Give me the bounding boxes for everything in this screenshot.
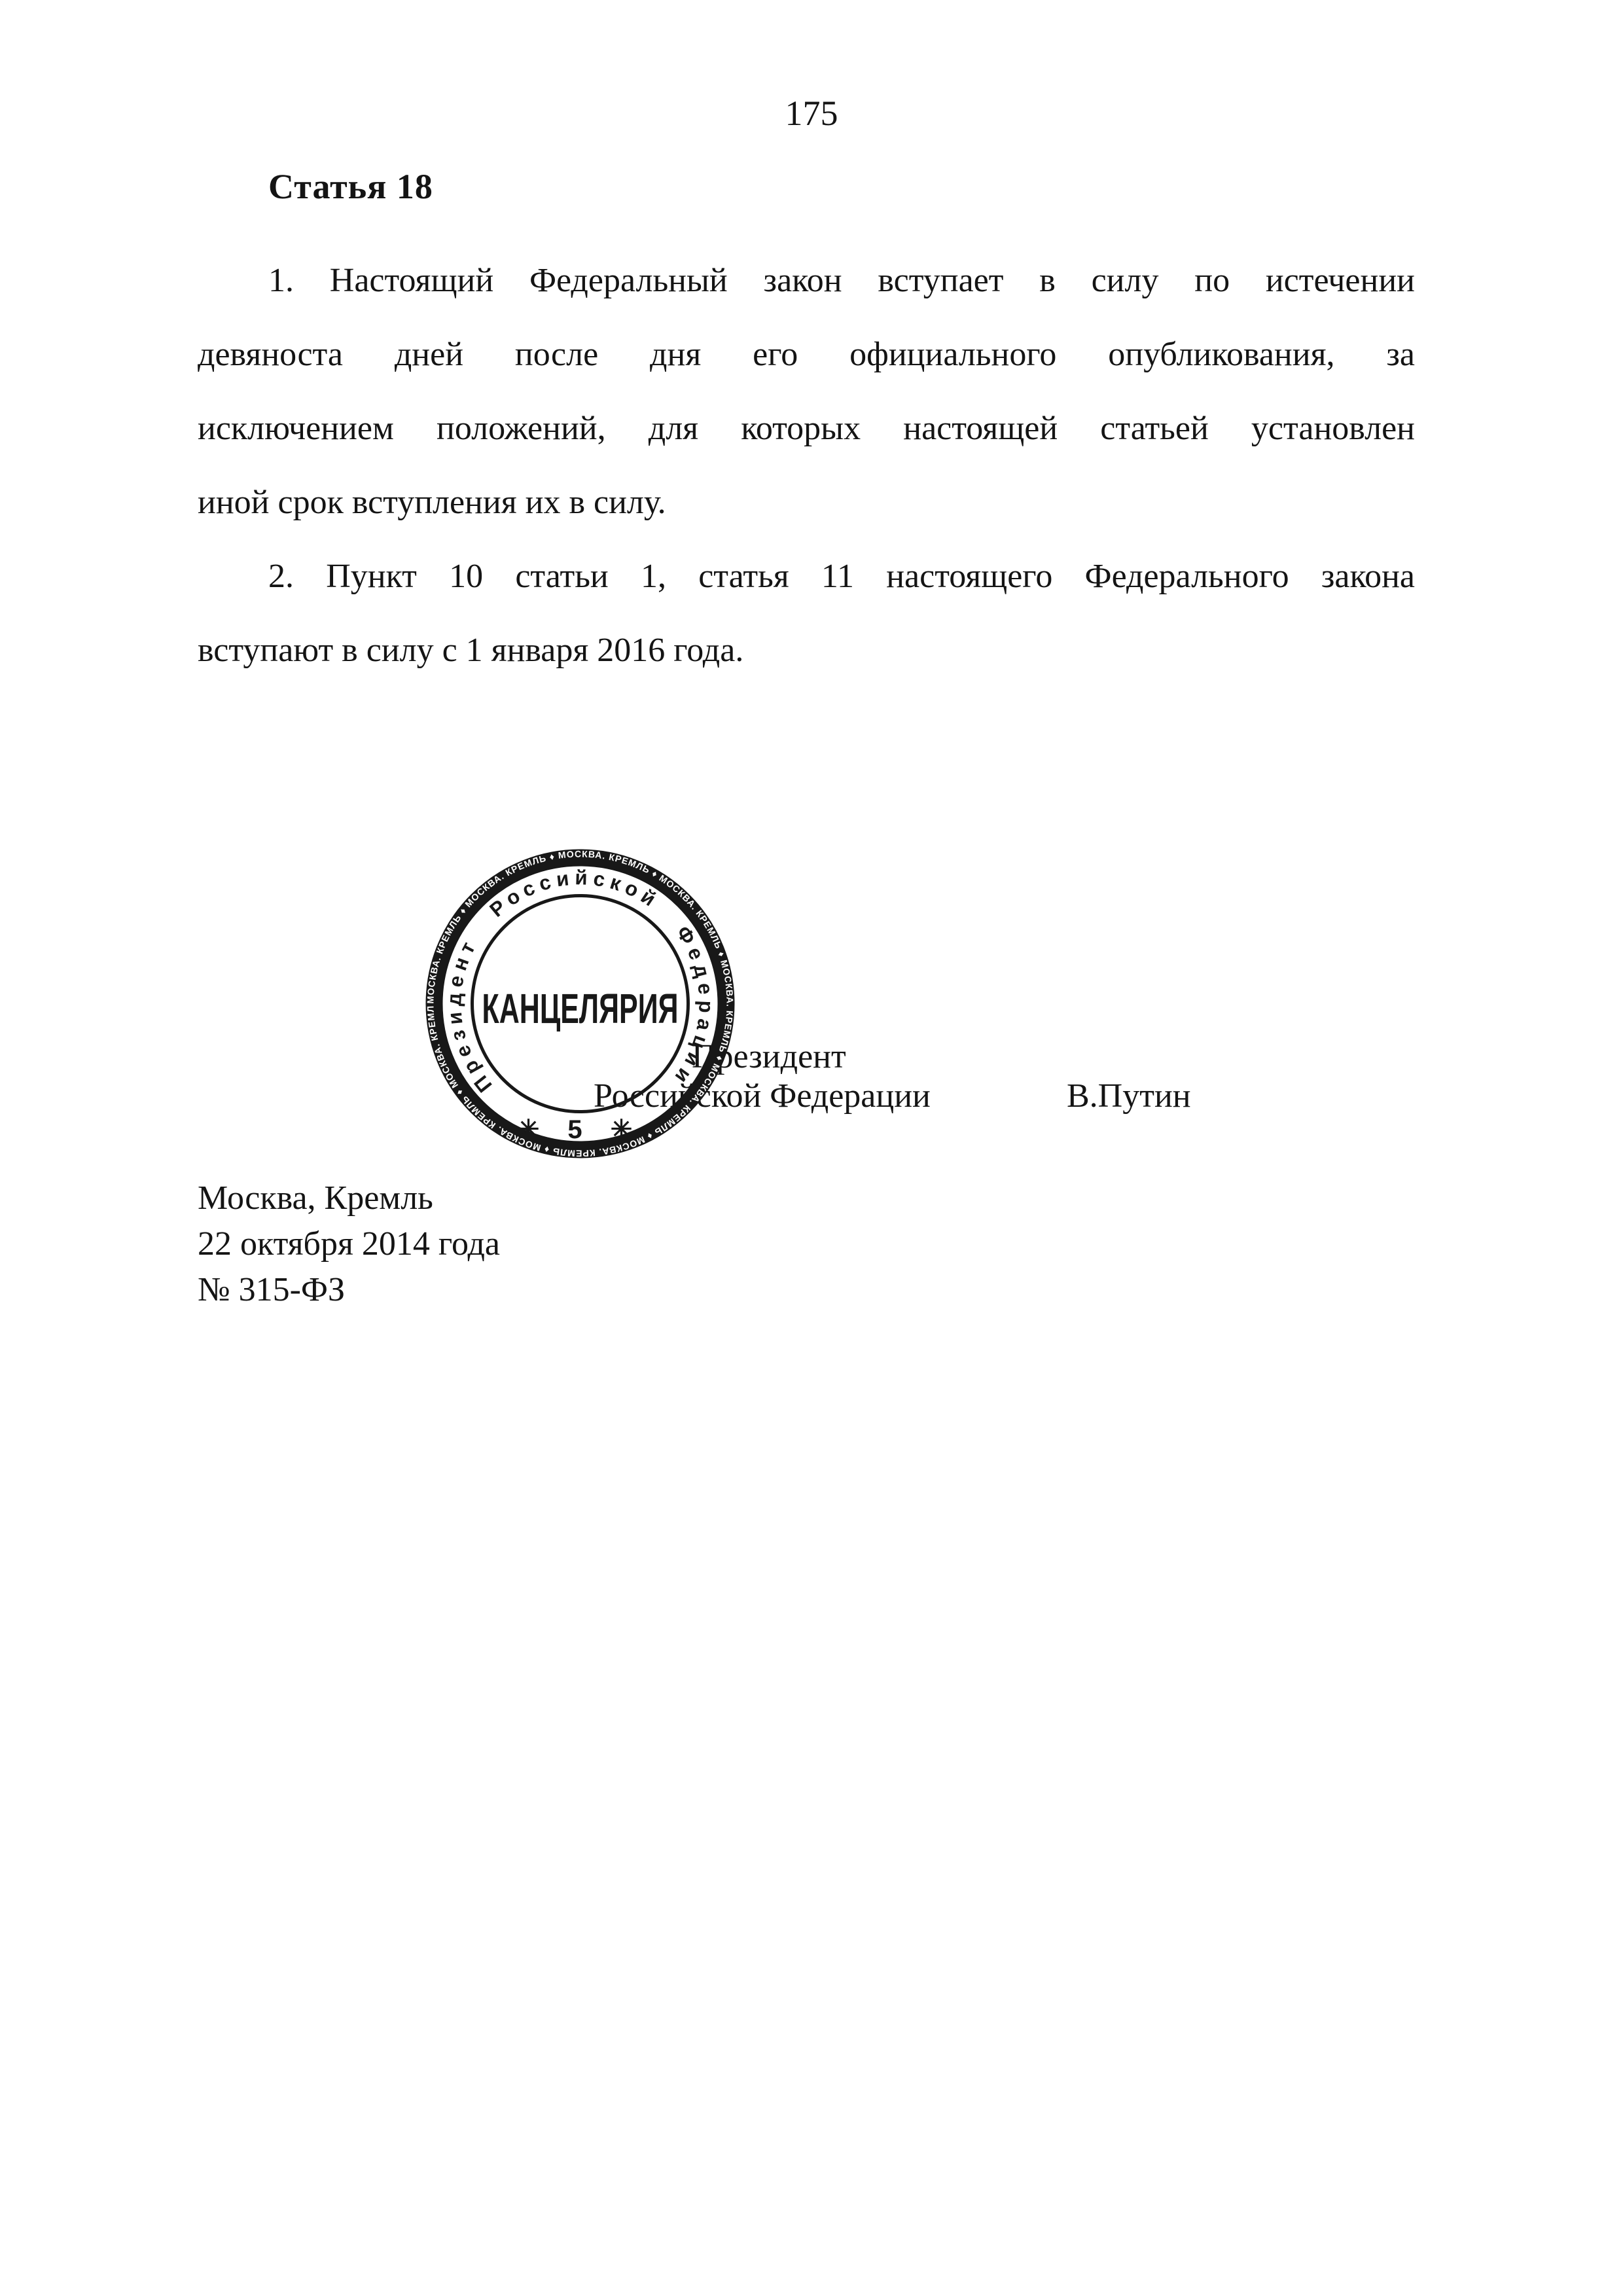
footer-number: № 315-ФЗ xyxy=(198,1267,500,1313)
article-heading: Статья 18 xyxy=(268,169,433,204)
body-line: девяноста дней после дня его официальног… xyxy=(198,317,1415,391)
body-line: иной срок вступления их в силу. xyxy=(198,465,1415,539)
body-line: 1. Настоящий Федеральный закон вступает … xyxy=(198,243,1415,317)
page-number: 175 xyxy=(0,96,1623,131)
signature-name: В.Путин xyxy=(1067,1077,1191,1116)
stamp-center-text: КАНЦЕЛЯРИЯ xyxy=(482,985,679,1032)
article-body: 1. Настоящий Федеральный закон вступает … xyxy=(198,243,1415,687)
body-line: исключением положений, для которых насто… xyxy=(198,391,1415,465)
footer-date: 22 октября 2014 года xyxy=(198,1221,500,1267)
body-line: вступают в силу с 1 января 2016 года. xyxy=(198,613,1415,687)
chancellery-stamp: МОСКВА. КРЕМЛЬ ♦ МОСКВА. КРЕМЛЬ ♦ МОСКВА… xyxy=(425,849,735,1158)
footer-block: Москва, Кремль 22 октября 2014 года № 31… xyxy=(198,1175,500,1313)
body-line: 2. Пункт 10 статьи 1, статья 11 настояще… xyxy=(198,539,1415,613)
footer-place: Москва, Кремль xyxy=(198,1175,500,1221)
document-page: 175 Статья 18 1. Настоящий Федеральный з… xyxy=(0,0,1623,2296)
stamp-number: ✳ 5 ✳ xyxy=(518,1115,643,1144)
